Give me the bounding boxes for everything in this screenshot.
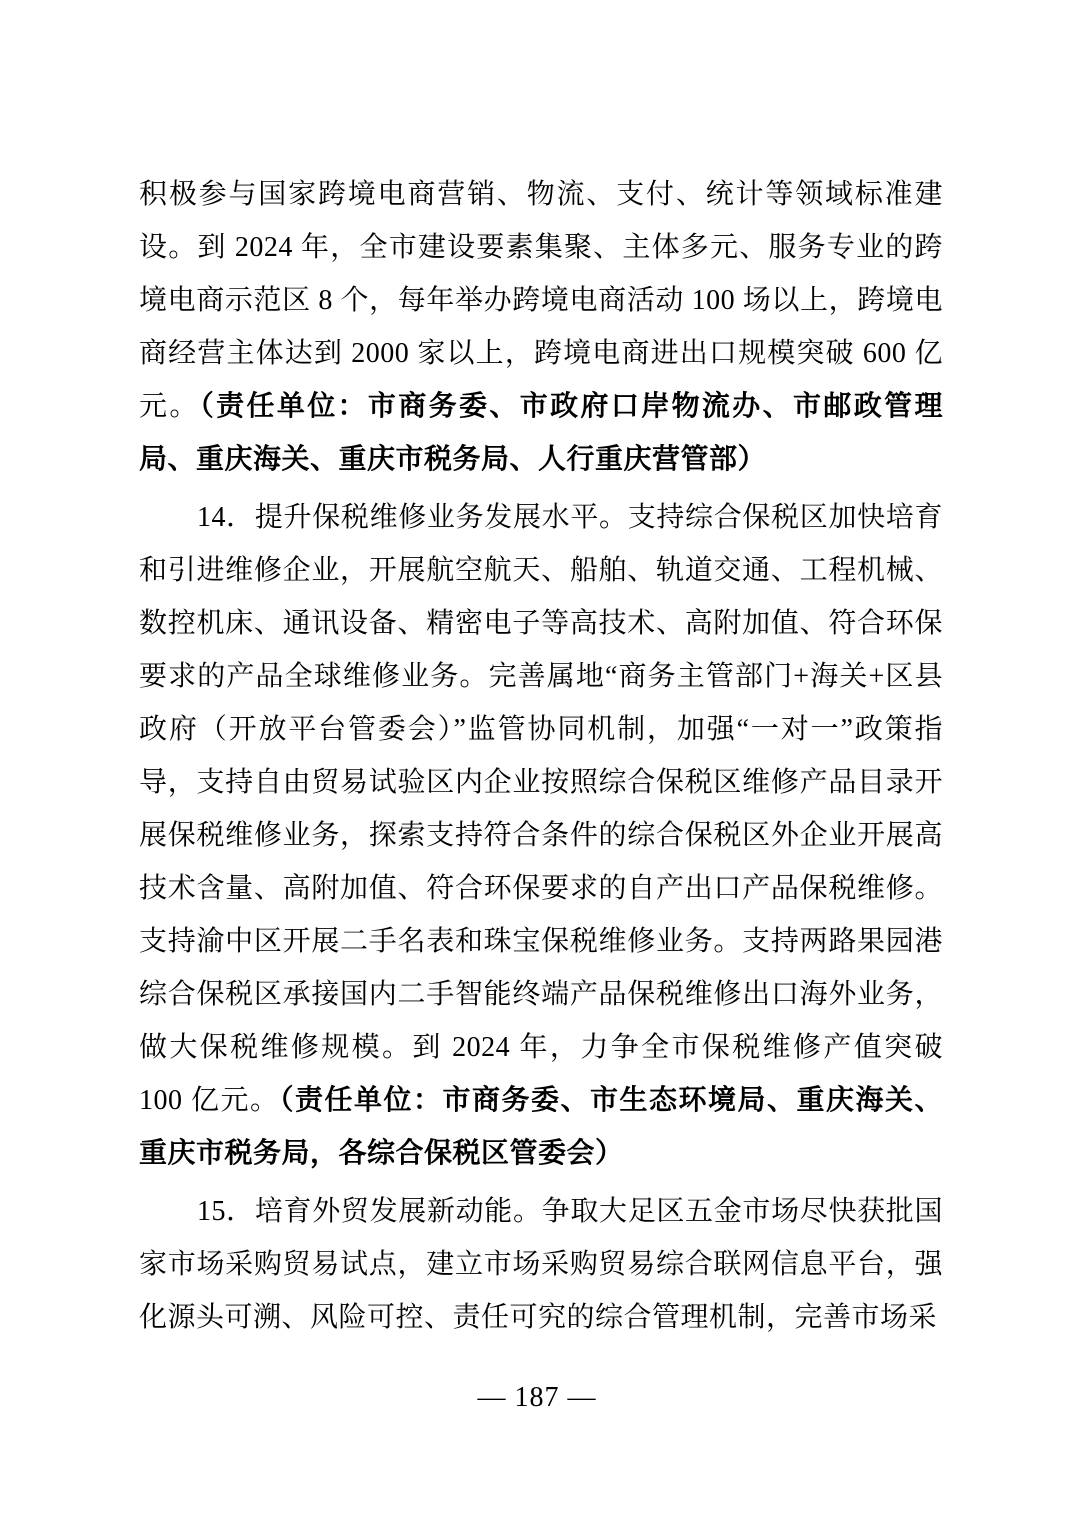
document-body: 积极参与国家跨境电商营销、物流、支付、统计等领域标准建设。到 2024 年，全市… <box>139 168 943 1344</box>
responsibility-unit-text: （责任单位：市商务委、市政府口岸物流办、市邮政管理局、重庆海关、重庆市税务局、人… <box>139 391 943 475</box>
paragraph-continuation: 积极参与国家跨境电商营销、物流、支付、统计等领域标准建设。到 2024 年，全市… <box>139 168 943 486</box>
body-text: 15．培育外贸发展新动能。争取大足区五金市场尽快获批国家市场采购贸易试点，建立市… <box>139 1196 943 1333</box>
paragraph-item-14: 14．提升保税维修业务发展水平。支持综合保税区加快培育和引进维修企业，开展航空航… <box>139 491 943 1180</box>
document-page: 积极参与国家跨境电商营销、物流、支付、统计等领域标准建设。到 2024 年，全市… <box>0 0 1074 1520</box>
body-text: 积极参与国家跨境电商营销、物流、支付、统计等领域标准建设。到 2024 年，全市… <box>139 179 943 422</box>
page-number: — 187 — <box>0 1378 1074 1418</box>
paragraph-item-15: 15．培育外贸发展新动能。争取大足区五金市场尽快获批国家市场采购贸易试点，建立市… <box>139 1185 943 1344</box>
body-text: 14．提升保税维修业务发展水平。支持综合保税区加快培育和引进维修企业，开展航空航… <box>139 502 943 1116</box>
